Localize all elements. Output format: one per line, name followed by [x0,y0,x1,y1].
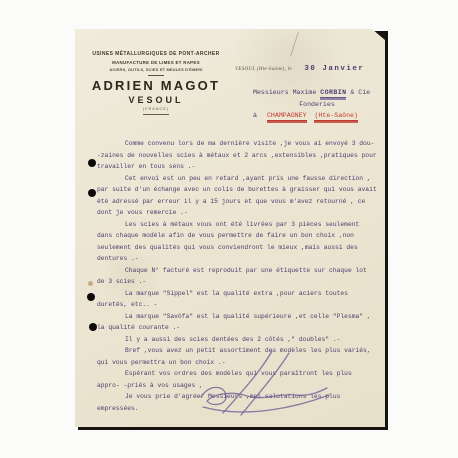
punch-hole [89,323,97,331]
recipient-line1: Messieurs Maxime CORBIN & Cie [253,87,381,99]
company-country: (FRANCE) [81,107,231,111]
paragraph: La marque "Sippel" est la qualité extra … [97,288,378,311]
dateline-typed-year-digit: 3 [404,65,409,73]
letterhead: USINES MÉTALLURGIQUES DE PONT-ARCHER MAN… [81,51,231,115]
paper-crease [290,31,299,56]
signature-stroke [223,351,272,413]
paragraph: Les scies à métaux vous ont été livrées … [97,219,378,265]
rust-stain [88,281,93,286]
punch-hole [87,293,95,301]
recipient-preposition: à [253,112,257,119]
letterhead-line3: ACIERS, OUTILS, SCIES ET MEULES D'ÉMERI [81,67,231,72]
recipient-salutation: Messieurs Maxime [253,89,320,96]
recipient-city: CHAMPAGNEY [267,112,307,121]
dateline-printed-prefix: VESOUL (Hte-Saône), le [235,67,292,72]
recipient-name: CORBIN [320,89,346,98]
punch-hole [88,159,96,167]
paragraph: La marque "Savöfa" est la qualité supéri… [97,311,378,334]
paragraph: Chaque N° facturé est reproduit par une … [97,265,378,288]
scanned-letter-photo: USINES MÉTALLURGIQUES DE PONT-ARCHER MAN… [0,0,458,458]
recipient-company-suffix: & Cie [346,89,370,96]
recipient-line2: Fonderies [253,99,381,111]
letter-paper: USINES MÉTALLURGIQUES DE PONT-ARCHER MAN… [75,29,385,427]
recipient-line3: àCHAMPAGNEY (Hte-Saône) [253,110,381,122]
punch-hole [88,189,96,197]
company-city: VESOUL [81,95,231,105]
company-name: ADRIEN MAGOT [81,78,231,93]
letterhead-line2: MANUFACTURE DE LIMES ET RAPES [81,60,231,65]
handwritten-signature [175,343,385,421]
letterhead-line1: USINES MÉTALLURGIQUES DE PONT-ARCHER [81,51,231,57]
dateline-typed-date: 30 Janvier [304,65,364,73]
recipient-department: (Hte-Saône) [314,112,358,121]
dateline-printed-year: 191 [391,66,400,72]
dateline: VESOUL (Hte-Saône), le 30 Janvier 191 3 [235,57,383,75]
recipient-block: Messieurs Maxime CORBIN & Cie Fonderies … [253,87,381,122]
letterhead-bottom-rule [143,114,169,115]
letterhead-ornament-rule [148,75,164,76]
paragraph: Comme convenu lors de ma dernière visite… [97,138,378,173]
paragraph: Cet envoi est un peu en retard ,ayant pr… [97,173,378,219]
